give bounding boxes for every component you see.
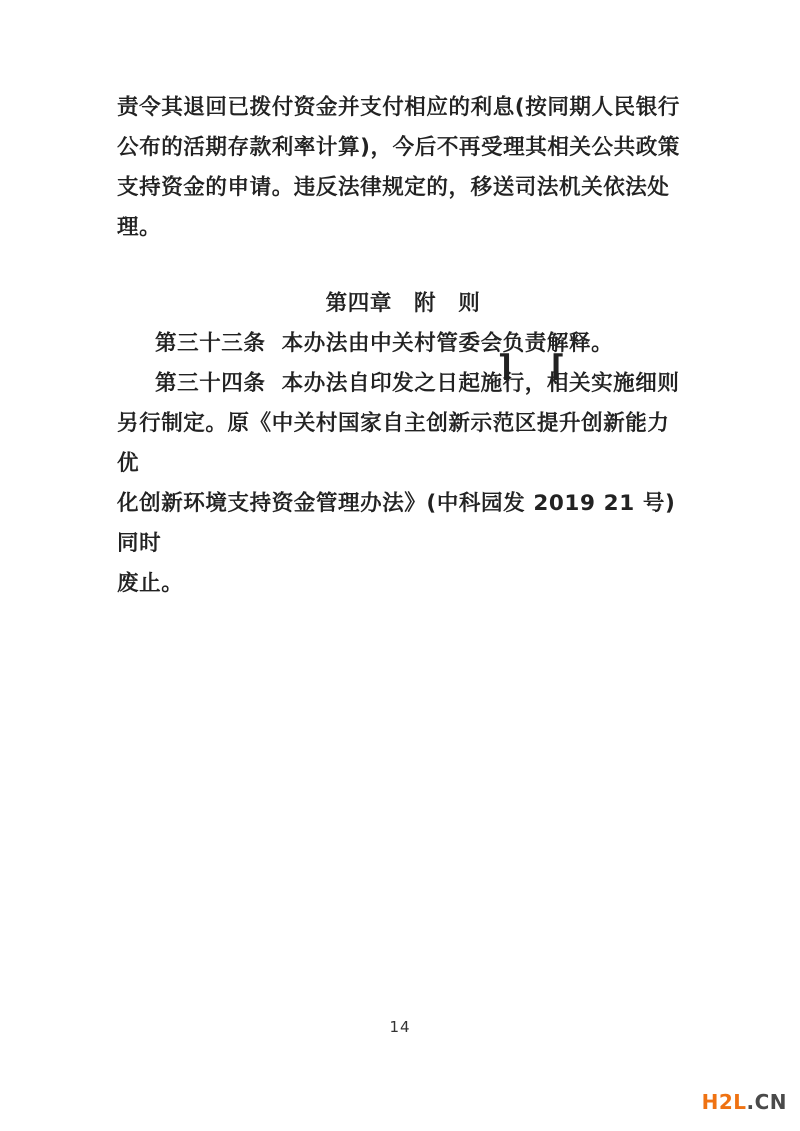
page-number: 14 xyxy=(0,1018,800,1036)
article-34-line: 化创新环境支持资金管理办法》(中科园发 2019 21 号)同时 xyxy=(117,484,689,564)
stray-bracket-mark: ⌈ xyxy=(551,352,565,382)
paragraph-line: 公布的活期存款利率计算)，今后不再受理其相关公共政策 xyxy=(117,128,689,168)
stray-bracket-mark: ⌉ xyxy=(498,352,512,382)
watermark-primary-text: H2L xyxy=(702,1090,747,1114)
paragraph-line: 责令其退回已拨付资金并支付相应的利息(按同期人民银行 xyxy=(117,88,689,128)
article-34-line: 第三十四条 本办法自印发之日起施行，相关实施细则 xyxy=(117,364,689,404)
watermark-secondary-text: .CN xyxy=(746,1090,787,1114)
continuation-paragraph: 责令其退回已拨付资金并支付相应的利息(按同期人民银行 公布的活期存款利率计算)，… xyxy=(117,88,689,248)
article-33-text: 第三十三条 本办法由中关村管委会负责解释。 xyxy=(117,324,689,364)
chapter-heading: 第四章 附 则 xyxy=(117,284,689,324)
paragraph-line: 支持资金的申请。违反法律规定的，移送司法机关依法处理。 xyxy=(117,168,689,248)
article-34-line: 另行制定。原《中关村国家自主创新示范区提升创新能力 优 xyxy=(117,404,689,484)
chapter-heading-text: 第四章 附 则 xyxy=(117,284,689,324)
article-34-line: 废止。 xyxy=(117,564,689,604)
article-34: 第三十四条 本办法自印发之日起施行，相关实施细则 另行制定。原《中关村国家自主创… xyxy=(117,364,689,604)
watermark-logo: H2L.CN xyxy=(702,1090,787,1114)
article-33: 第三十三条 本办法由中关村管委会负责解释。 xyxy=(117,324,689,364)
document-page: 责令其退回已拨付资金并支付相应的利息(按同期人民银行 公布的活期存款利率计算)，… xyxy=(0,0,800,1131)
